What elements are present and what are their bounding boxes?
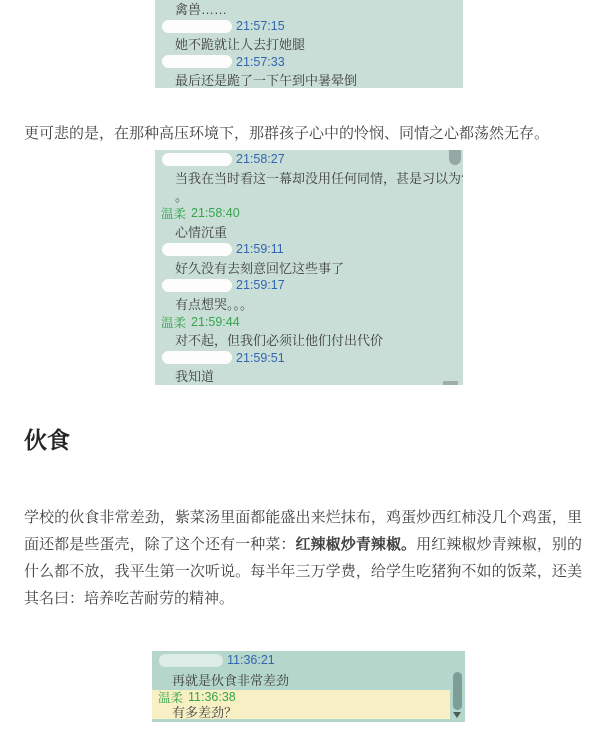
- scrollbar-thumb: [453, 672, 462, 710]
- chat-message: 再就是伙食非常差劲: [152, 669, 465, 689]
- chat-timestamp-row: 21:59:17: [155, 276, 463, 294]
- chat-sender-row: 温柔 21:58:40: [155, 204, 463, 222]
- scrollbar-corner: [443, 381, 458, 385]
- chat-message: 对不起，但我们必须让他们付出代价: [155, 331, 463, 349]
- chat-timestamp-row: 21:58:27: [155, 150, 463, 168]
- chat-message: 。: [155, 186, 463, 204]
- article-page: 禽兽…… 21:57:15 她不跪就让人去打她腿 21:57:33 最后还是跪了…: [0, 0, 600, 745]
- message-time: 21:59:51: [236, 351, 285, 365]
- chat-message: 有多差劲？: [152, 705, 450, 720]
- message-time: 11:36:21: [227, 653, 275, 667]
- redacted-name-blob: [159, 654, 223, 667]
- redacted-name-blob: [162, 243, 232, 256]
- chat-message: 最后还是跪了一下午到中暑晕倒: [155, 70, 463, 88]
- chat-message: 当我在当时看这一幕却没用任何同情，甚是习以为常: [155, 168, 463, 186]
- chat-timestamp-row: 11:36:21: [152, 651, 465, 669]
- message-time: 21:59:44: [191, 315, 240, 329]
- section-heading: 伙食: [24, 422, 70, 455]
- chat-message: 心情沉重: [155, 222, 463, 240]
- sender-name: 温柔: [161, 313, 186, 331]
- message-time: 21:57:33: [236, 55, 285, 69]
- chat-message: 禽兽……: [155, 0, 463, 18]
- scrollbar-thumb: [449, 150, 461, 165]
- chat-sender-row: 温柔 21:59:44: [155, 313, 463, 331]
- chat-message: 我知道: [155, 367, 463, 385]
- redacted-name-blob: [162, 279, 232, 292]
- highlighted-message-block: 温柔 11:36:38 有多差劲？: [152, 690, 450, 719]
- redacted-name-blob: [162, 153, 232, 166]
- message-time: 21:58:40: [191, 206, 240, 220]
- scroll-down-icon: [453, 712, 461, 718]
- article-paragraph: 更可悲的是，在那种高压环境下，那群孩子心中的怜悯、同情之心都荡然无存。: [24, 121, 580, 147]
- message-time: 21:59:11: [236, 242, 284, 256]
- message-time: 21:58:27: [236, 152, 285, 166]
- message-time: 21:57:15: [236, 19, 285, 33]
- chat-timestamp-row: 21:57:15: [155, 18, 463, 36]
- redacted-name-blob: [162, 20, 232, 33]
- chat-timestamp-row: 21:59:51: [155, 349, 463, 367]
- chat-message: 好久没有去刻意回忆这些事了: [155, 258, 463, 276]
- sender-name: 温柔: [161, 204, 186, 222]
- chat-timestamp-row: 21:57:33: [155, 53, 463, 71]
- chat-screenshot-1[interactable]: 禽兽…… 21:57:15 她不跪就让人去打她腿 21:57:33 最后还是跪了…: [155, 0, 463, 88]
- article-paragraph: 学校的伙食非常差劲，紫菜汤里面都能盛出来烂抹布，鸡蛋炒西红柿没几个鸡蛋，里面还都…: [24, 504, 582, 612]
- redacted-name-blob: [162, 351, 232, 364]
- chat-screenshot-3[interactable]: 11:36:21 再就是伙食非常差劲 温柔 11:36:38 有多差劲？: [152, 651, 465, 722]
- paragraph-bold-text: 红辣椒炒青辣椒。: [295, 536, 416, 553]
- chat-timestamp-row: 21:59:11: [155, 240, 463, 258]
- message-time: 21:59:17: [236, 278, 285, 292]
- chat-message: 她不跪就让人去打她腿: [155, 35, 463, 53]
- redacted-name-blob: [162, 55, 232, 68]
- chat-screenshot-2[interactable]: 21:58:27 当我在当时看这一幕却没用任何同情，甚是习以为常 。 温柔 21…: [155, 150, 463, 385]
- chat-message: 有点想哭。。。: [155, 295, 463, 313]
